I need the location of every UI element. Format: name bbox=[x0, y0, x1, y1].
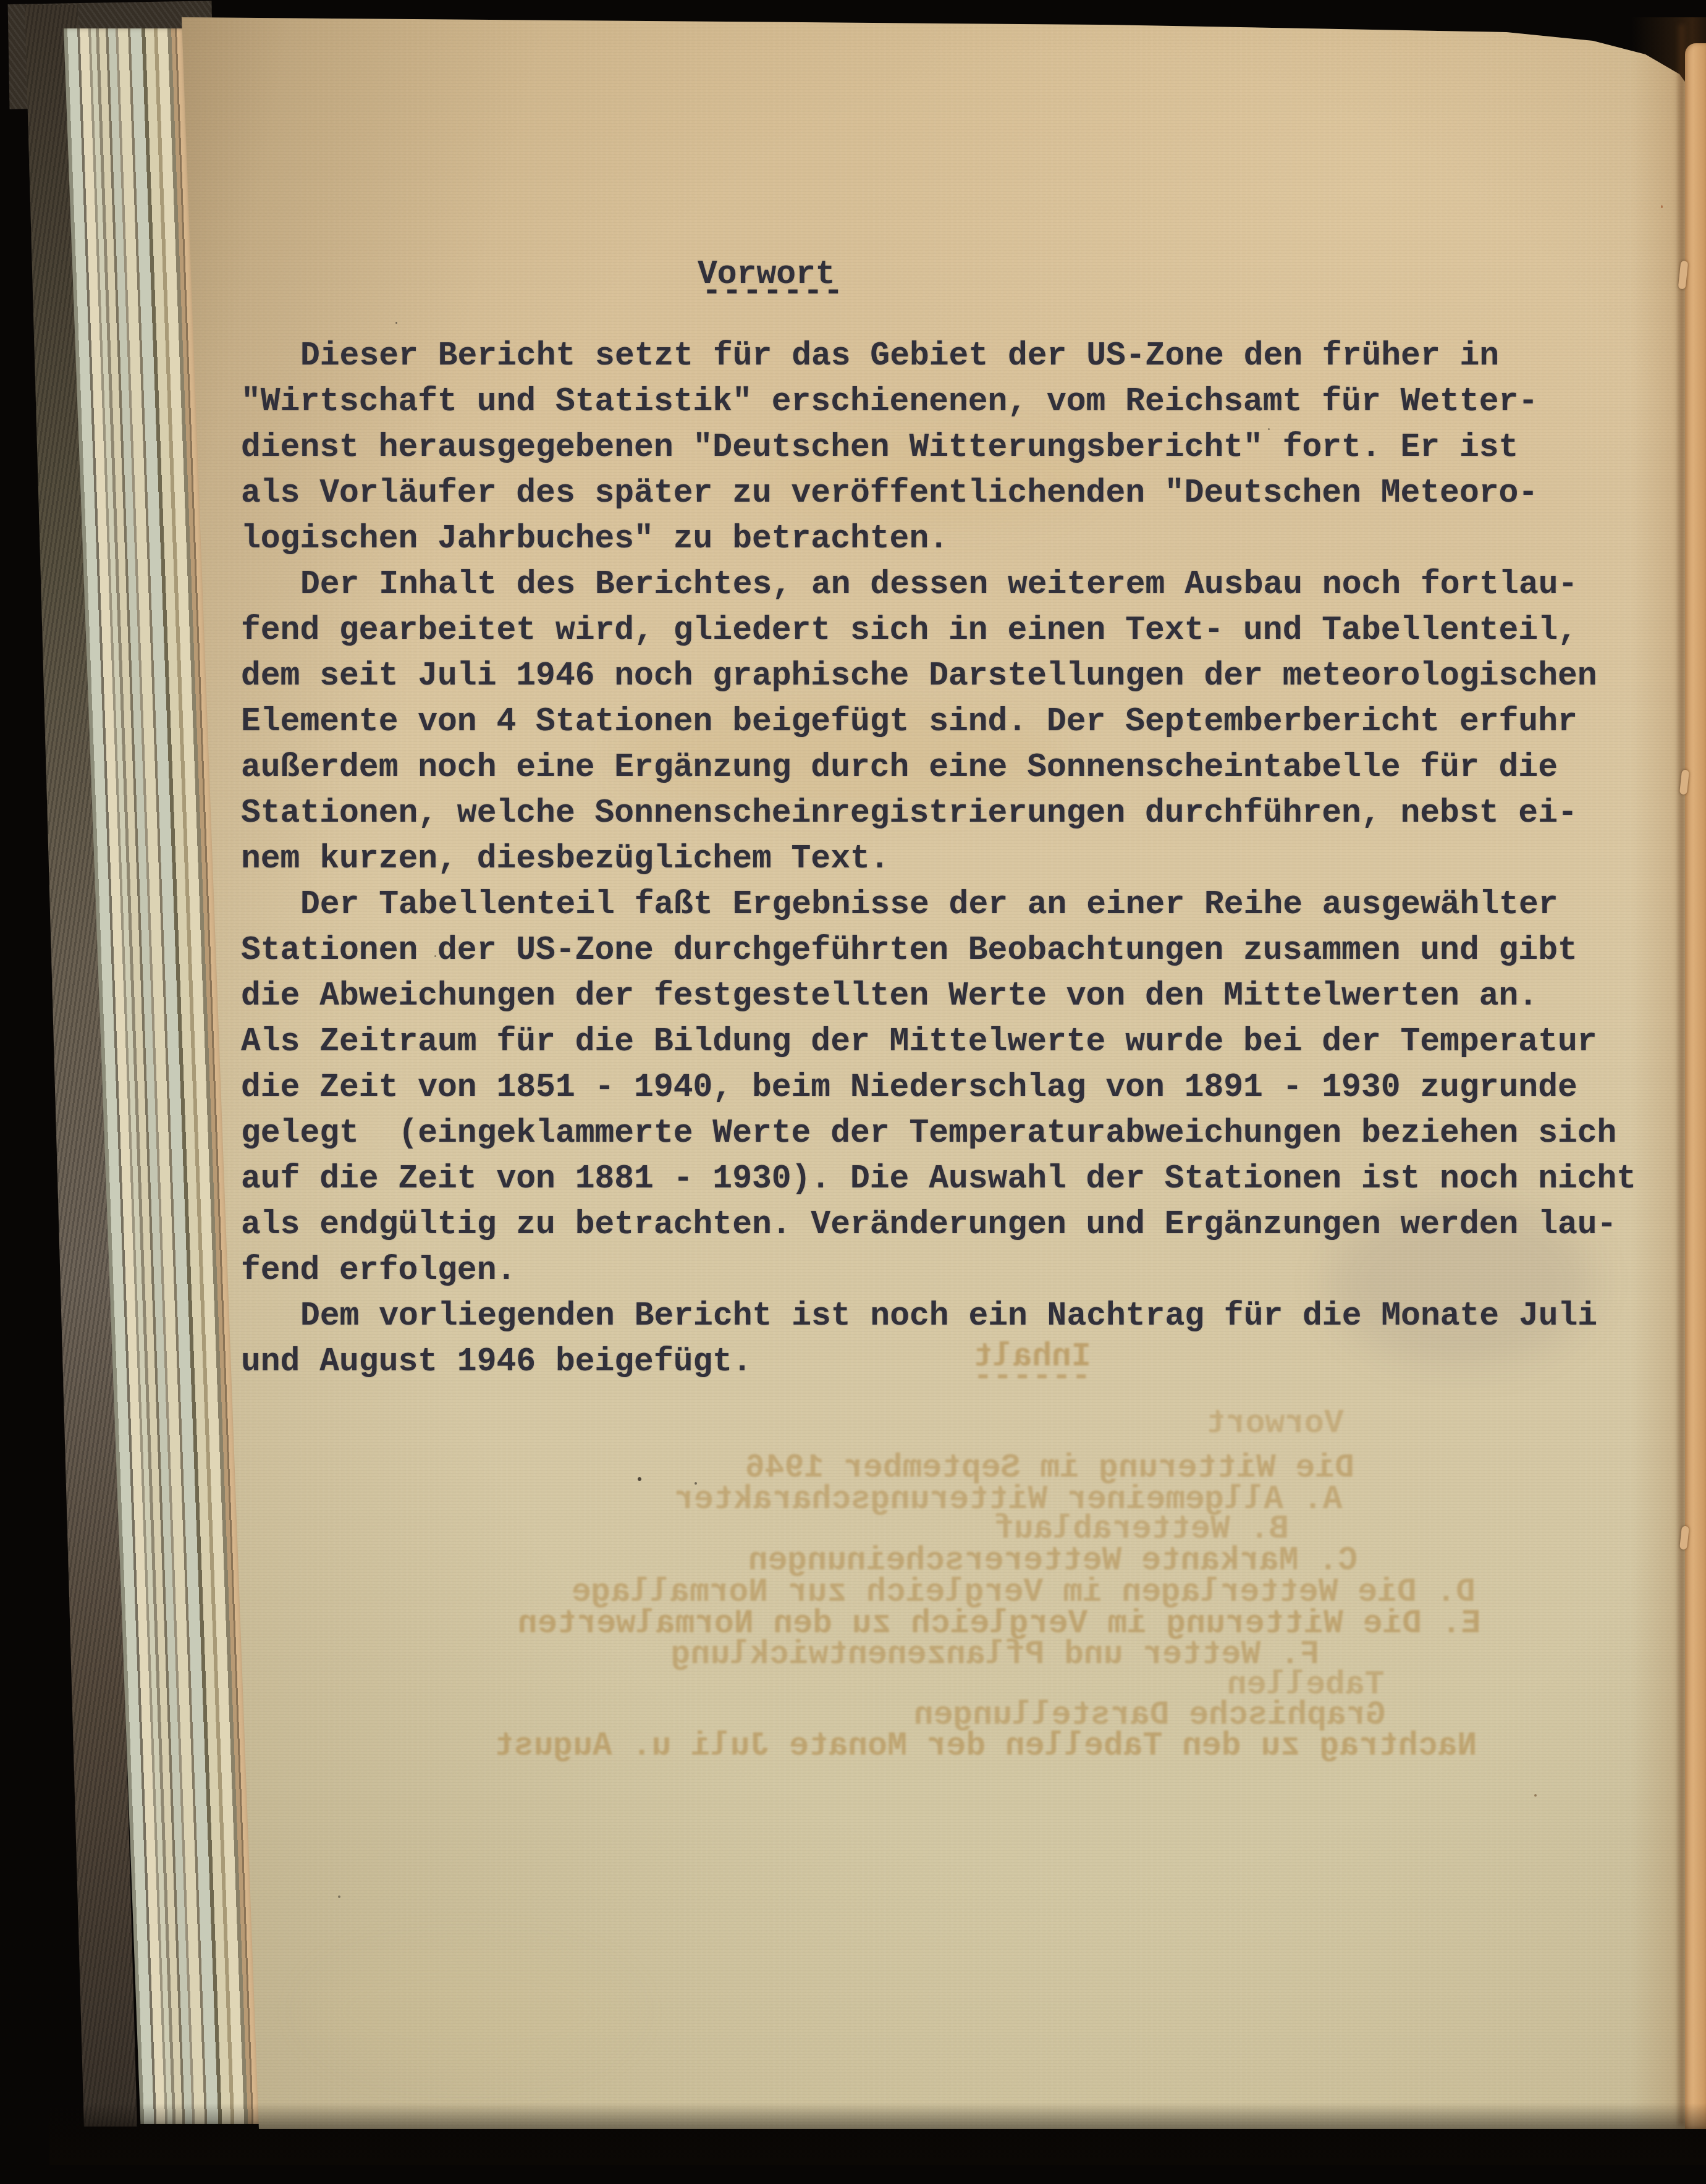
scanned-book-page: Vorwort ------- Dieser Bericht setzt für… bbox=[0, 0, 1706, 2184]
text-line: außerdem noch eine Ergänzung durch eine … bbox=[241, 744, 1558, 790]
bleedthrough-line: D. Die Wetterlagen im Vergleich zur Norm… bbox=[572, 1575, 1476, 1609]
dust-speck bbox=[338, 1895, 340, 1898]
text-line: die Zeit von 1851 - 1940, beim Niedersch… bbox=[241, 1065, 1577, 1110]
bleedthrough-line: Vorwort bbox=[1206, 1406, 1344, 1441]
text-line: nem kurzen, diesbezüglichem Text. bbox=[241, 836, 890, 882]
fiber-speck bbox=[1534, 1794, 1537, 1797]
text-line: "Wirtschaft und Statistik" erschienenen,… bbox=[241, 379, 1538, 424]
text-line: dienst herausgegebenen "Deutschen Witter… bbox=[241, 424, 1518, 470]
binding-crease bbox=[1678, 25, 1685, 2125]
text-line: Als Zeitraum für die Bildung der Mittelw… bbox=[241, 1019, 1597, 1065]
bleedthrough-heading-underline: ------ bbox=[973, 1364, 1091, 1389]
text-line: als endgültig zu betrachten. Veränderung… bbox=[241, 1202, 1616, 1247]
text-line: gelegt (eingeklammerte Werte der Tempera… bbox=[241, 1110, 1616, 1156]
bleedthrough-line: C. Markante Wettererscheinungen bbox=[748, 1543, 1358, 1578]
bleedthrough-line: B. Wetterablauf bbox=[994, 1512, 1289, 1546]
text-line: fend gearbeitet wird, gliedert sich in e… bbox=[241, 607, 1577, 653]
text-line: dem seit Juli 1946 noch graphische Darst… bbox=[241, 653, 1597, 699]
ink-speck bbox=[638, 1477, 641, 1481]
bleedthrough-line: F. Wetter und Pflanzenentwicklung bbox=[671, 1637, 1320, 1672]
bleedthrough-line: Nachtrag zu den Tabellen der Monate Juli… bbox=[494, 1729, 1477, 1763]
dust-speck bbox=[395, 322, 397, 324]
text-line: als Vorläufer des später zu veröffentlic… bbox=[241, 470, 1538, 516]
binding-edge-strip bbox=[1685, 43, 1706, 2129]
title-underline: ------- bbox=[702, 276, 844, 308]
text-line: die Abweichungen der festgestellten Wert… bbox=[241, 973, 1538, 1019]
text-line: fend erfolgen. bbox=[241, 1247, 516, 1293]
text-line: Elemente von 4 Stationen beigefügt sind.… bbox=[241, 699, 1577, 744]
text-line: Der Inhalt des Berichtes, an dessen weit… bbox=[300, 562, 1577, 607]
text-line: und August 1946 beigefügt. bbox=[241, 1339, 752, 1385]
text-line: Dem vorliegenden Bericht ist noch ein Na… bbox=[300, 1293, 1597, 1339]
text-line: Der Tabellenteil faßt Ergebnisse der an … bbox=[300, 882, 1558, 927]
bleedthrough-line: Die Witterung im September 1946 bbox=[745, 1451, 1354, 1485]
text-line: Stationen, welche Sonnenscheinregistrier… bbox=[241, 790, 1577, 836]
text-line: auf die Zeit von 1881 - 1930). Die Auswa… bbox=[241, 1156, 1636, 1202]
page-bottom-shadow bbox=[49, 2103, 1706, 2165]
text-line: Dieser Bericht setzt für das Gebiet der … bbox=[300, 333, 1499, 379]
text-line: logischen Jahrbuches" zu betrachten. bbox=[241, 516, 948, 562]
text-line: Stationen der US-Zone durchgeführten Beo… bbox=[241, 927, 1577, 973]
